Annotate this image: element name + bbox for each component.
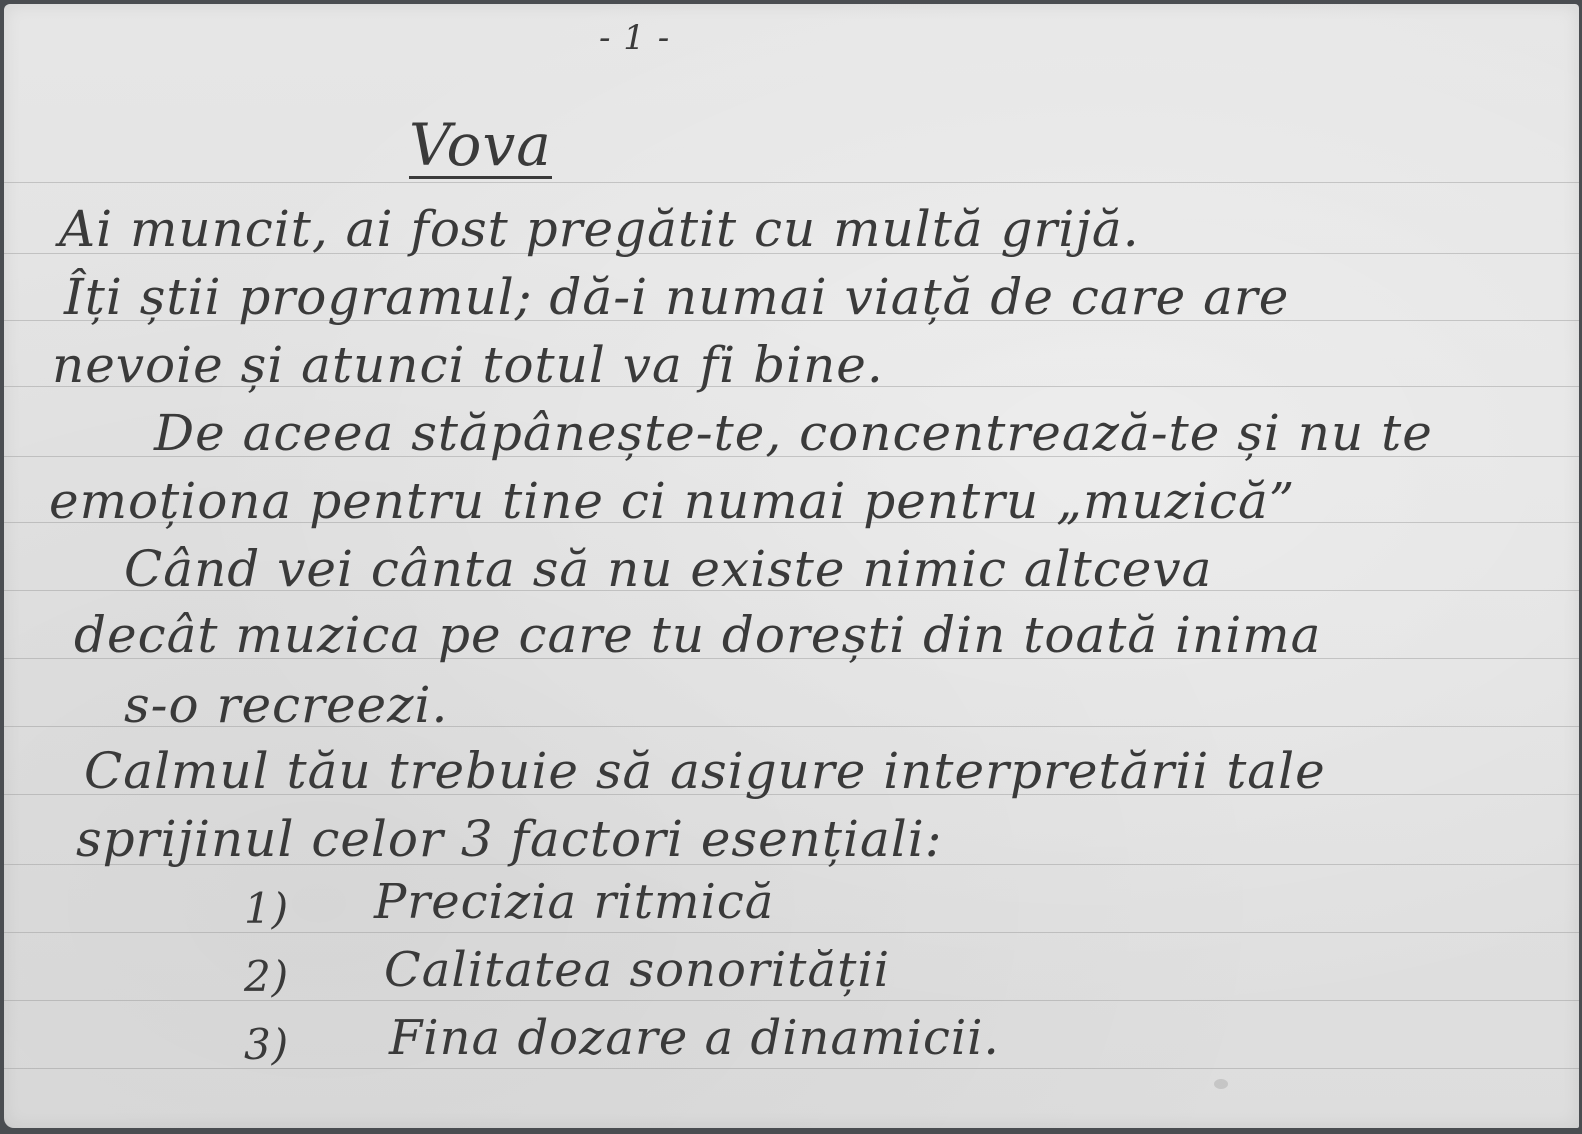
scan-background: - 1 - Vova Ai muncit, ai fost pregătit c… (0, 0, 1582, 1134)
page-title: Vova (409, 116, 552, 179)
text-line: nevoie și atunci totul va fi bine. (52, 340, 884, 390)
text-line: emoționa pentru tine ci numai pentru „mu… (49, 476, 1295, 526)
text-line: decât muzica pe care tu dorești din toat… (74, 610, 1321, 660)
page-number: - 1 - (599, 18, 670, 58)
text-line: Când vei cânta să nu existe nimic altcev… (124, 544, 1212, 594)
handwritten-page: - 1 - Vova Ai muncit, ai fost pregătit c… (4, 4, 1579, 1128)
text-line: Calmul tău trebuie să asigure interpretă… (84, 746, 1326, 796)
ruled-line (4, 932, 1579, 933)
ruled-line (4, 1000, 1579, 1001)
factor-number: 3) (244, 1020, 289, 1069)
ruled-line (4, 182, 1579, 183)
factor-text: Fina dozare a dinamicii. (389, 1010, 1000, 1066)
factor-text: Precizia ritmică (374, 874, 774, 930)
text-line: sprijinul celor 3 factori esențiali: (76, 814, 943, 864)
text-line: s-o recreezi. (124, 680, 448, 730)
text-line: Îți știi programul; dă-i numai viață de … (64, 272, 1289, 322)
ink-smudge (1214, 1079, 1228, 1089)
factor-text: Calitatea sonorității (384, 942, 890, 998)
ruled-line (4, 1068, 1579, 1069)
factor-number: 1) (244, 884, 289, 933)
text-line: De aceea stăpânește-te, concentrează-te … (154, 408, 1433, 458)
text-line: Ai muncit, ai fost pregătit cu multă gri… (59, 204, 1140, 254)
factor-number: 2) (244, 952, 289, 1001)
